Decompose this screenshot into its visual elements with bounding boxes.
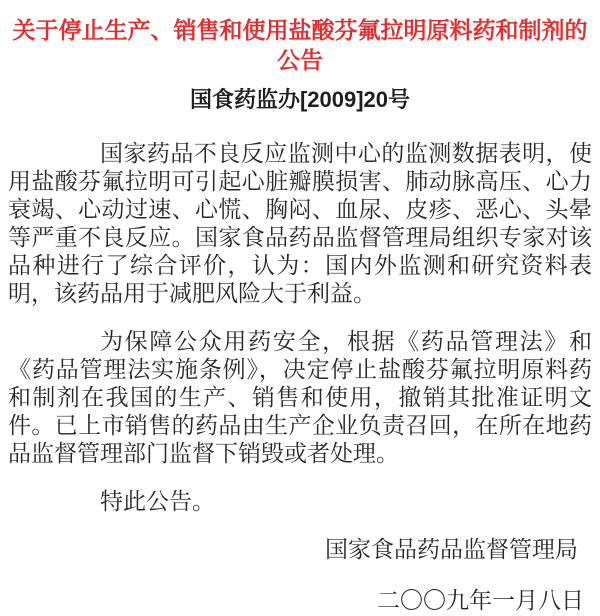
announcement-page: 关于停止生产、销售和使用盐酸芬氟拉明原料药和制剂的公告 国食药监办[2009]2… — [0, 0, 600, 616]
date: 二〇〇九年一月八日 — [8, 587, 592, 615]
doc-number: 国食药监办[2009]20号 — [8, 86, 592, 114]
body-paragraph-2: 为保障公众用药安全，根据《药品管理法》和《药品管理法实施条例》，决定停止盐酸芬氟… — [8, 328, 592, 468]
signature: 国家食品药品监督管理局 — [8, 536, 592, 564]
body-paragraph-1: 国家药品不良反应监测中心的监测数据表明，使用盐酸芬氟拉明可引起心脏瓣膜损害、肺动… — [8, 140, 592, 308]
body-paragraph-3: 特此公告。 — [8, 488, 592, 516]
announcement-body: 国家药品不良反应监测中心的监测数据表明，使用盐酸芬氟拉明可引起心脏瓣膜损害、肺动… — [8, 140, 592, 516]
page-title: 关于停止生产、销售和使用盐酸芬氟拉明原料药和制剂的公告 — [8, 16, 592, 76]
